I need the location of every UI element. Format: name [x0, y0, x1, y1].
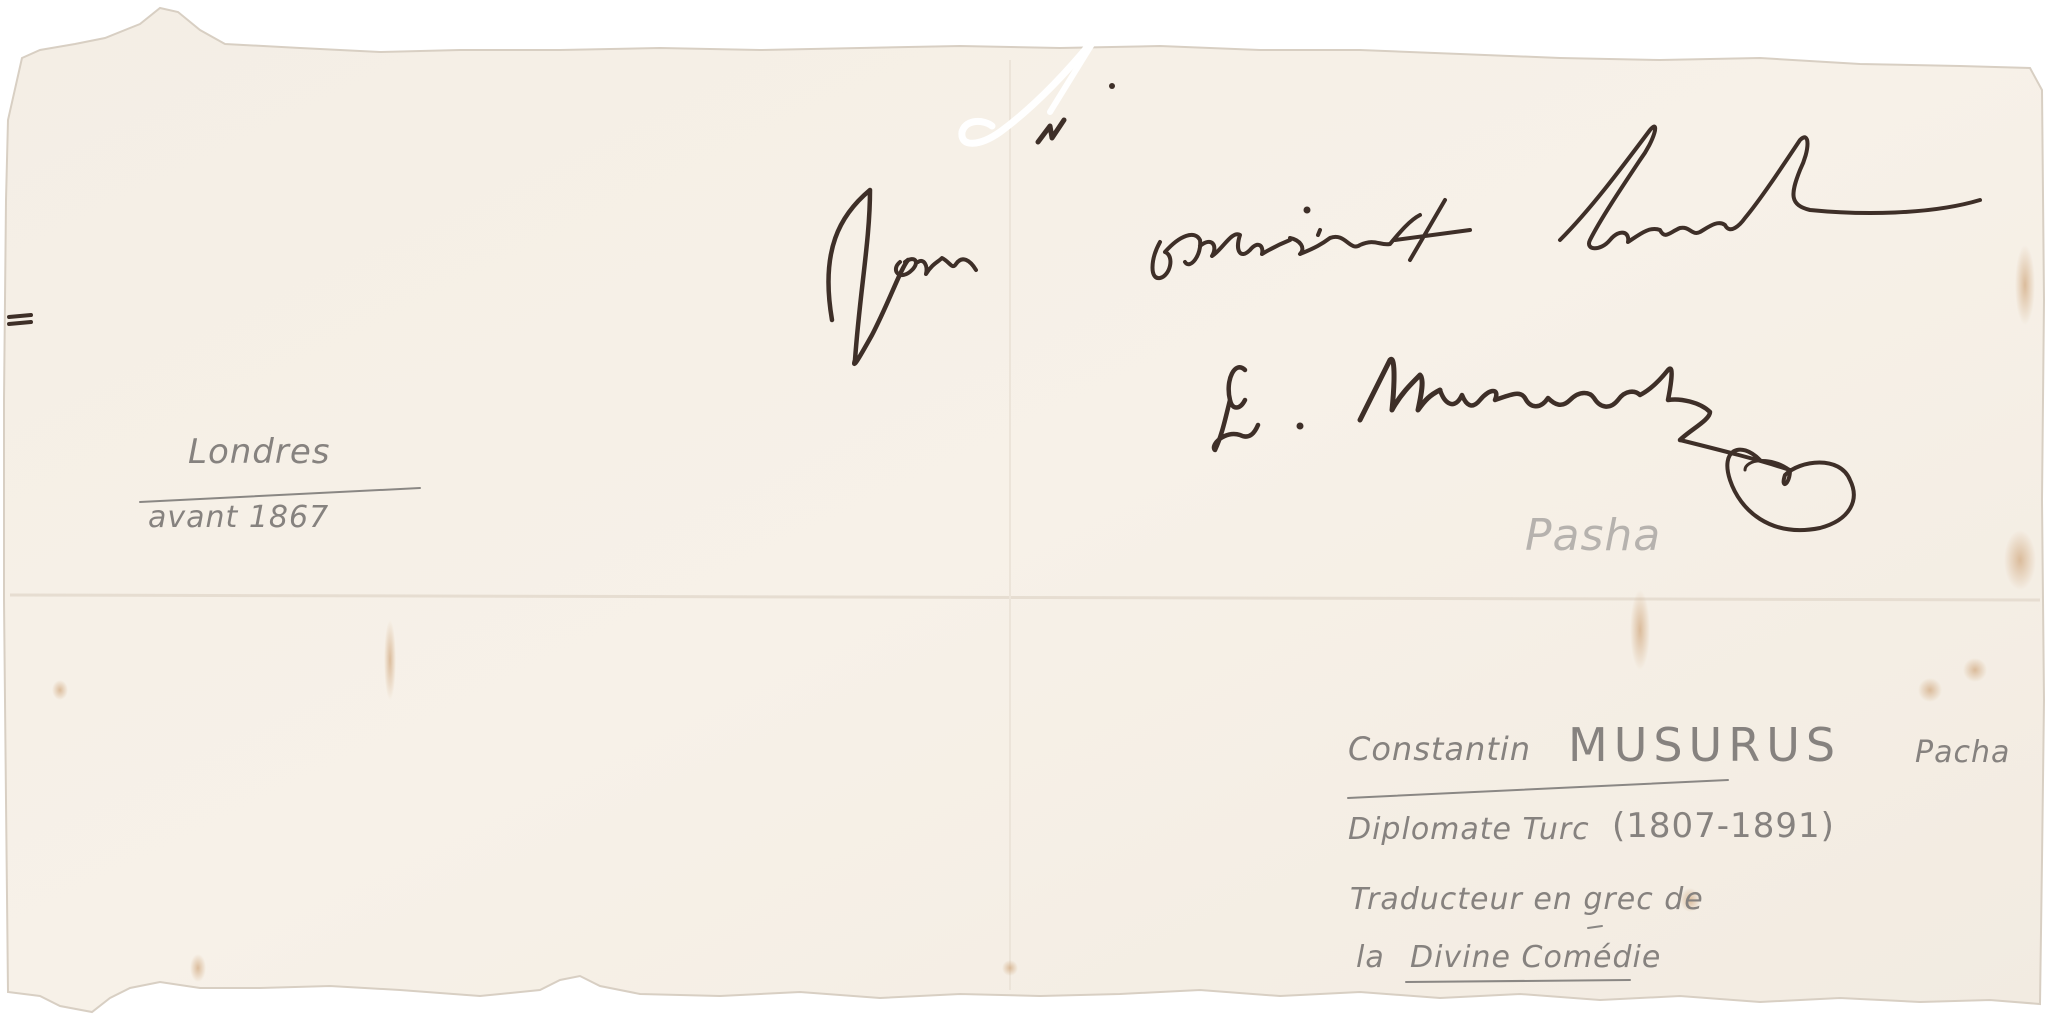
signature-name: C. Musurus — [1220, 360, 1686, 453]
pencil-date: avant 1867 — [148, 500, 329, 535]
pencil-note-line2-prefix: la — [1356, 940, 1385, 975]
scanned-document: Sir Your obedient Servant C. Musurus Pas… — [0, 0, 2048, 1016]
closing-text: Your obedient Servant — [830, 190, 1849, 295]
pencil-last-name: MUSURUS — [1568, 718, 1841, 772]
pencil-first-name: Constantin — [1348, 730, 1531, 768]
pencil-note-line2-work: Divine Comédie — [1410, 940, 1661, 975]
pencil-note-line1: Traducteur en grec de — [1350, 882, 1704, 917]
closing-prefix: Sir — [960, 90, 1019, 136]
pencil-name-suffix: Pacha — [1915, 735, 2010, 770]
pencil-title-pasha: Pasha — [1525, 510, 1661, 561]
pencil-lifespan: (1807-1891) — [1612, 806, 1835, 846]
pencil-location: Londres — [188, 432, 331, 472]
pencil-role: Diplomate Turc — [1348, 812, 1590, 847]
